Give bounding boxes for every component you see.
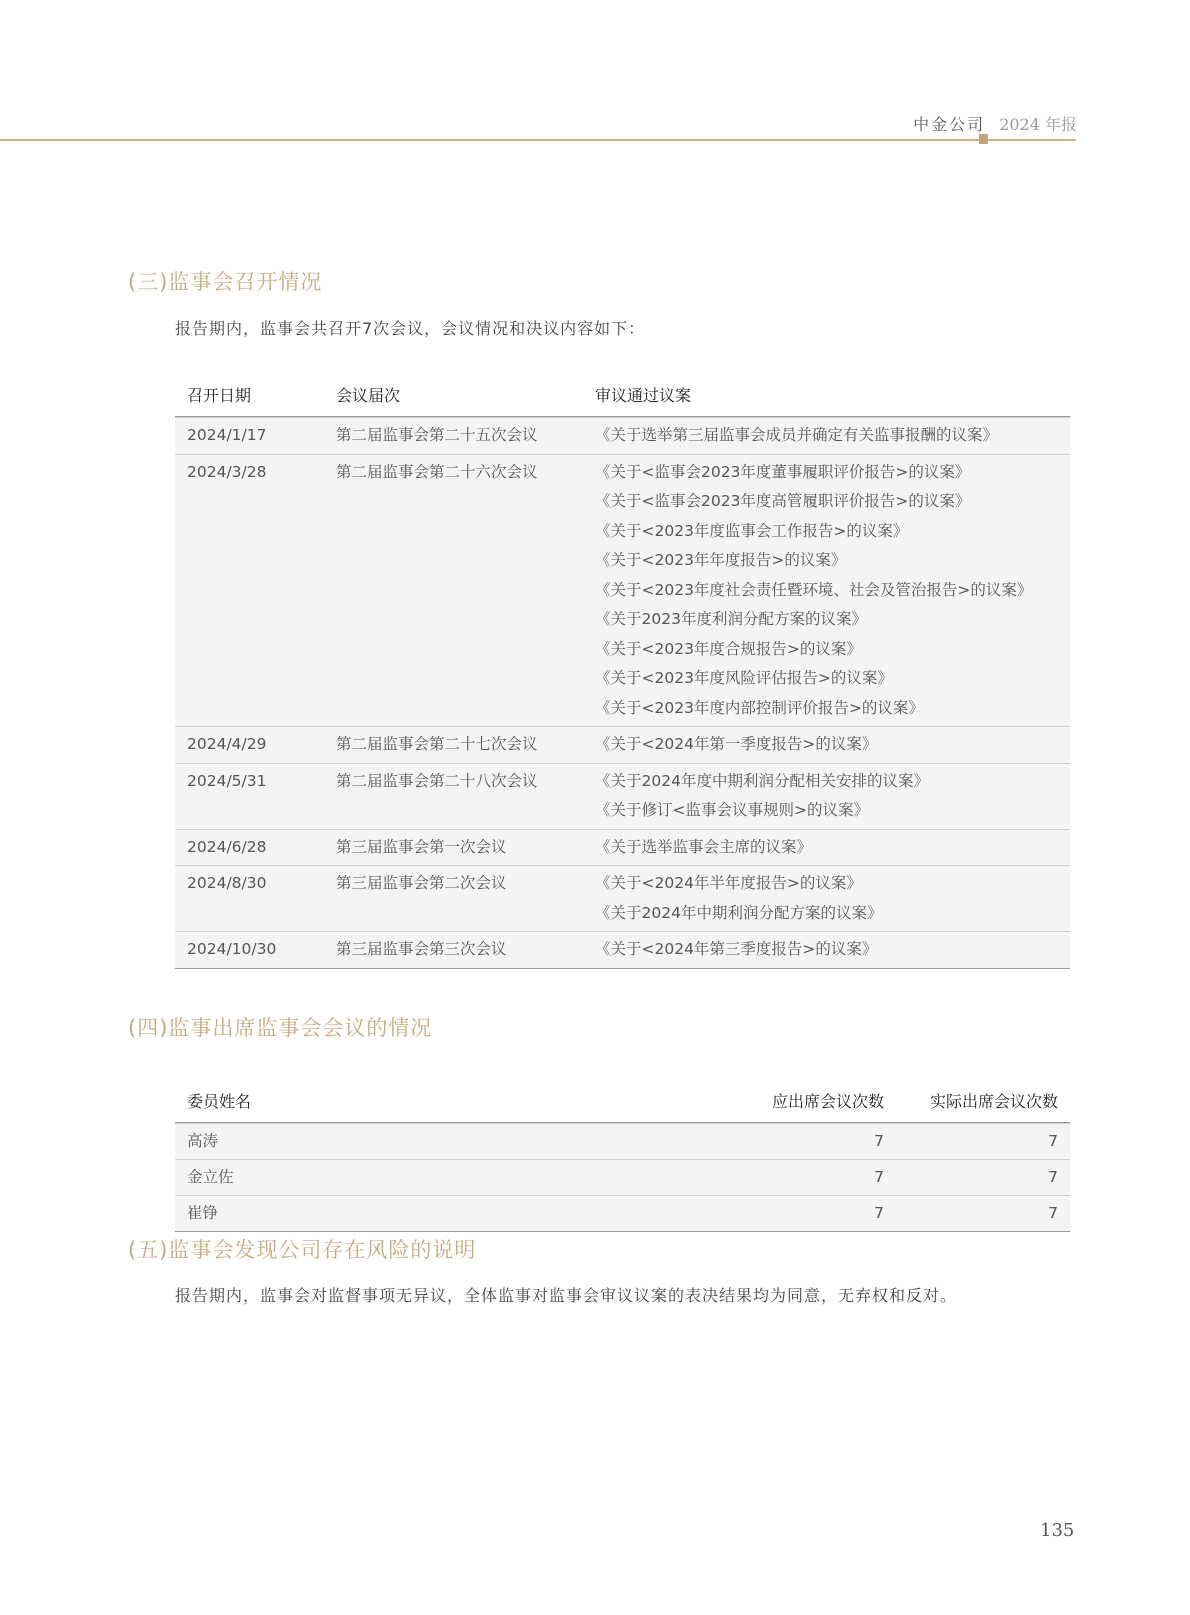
motion: 《关于修订<监事会议事规则>的议案》 bbox=[595, 796, 1058, 826]
section-3-title: (三)监事会召开情况 bbox=[128, 266, 322, 296]
meeting-session: 第三届监事会第一次会议 bbox=[324, 829, 583, 866]
meeting-date: 2024/5/31 bbox=[175, 763, 324, 829]
running-header: 中金公司2024 年报 bbox=[913, 112, 1077, 135]
section-4-title: (四)监事出席监事会会议的情况 bbox=[128, 1012, 432, 1042]
actual-count: 7 bbox=[896, 1159, 1070, 1195]
table-row: 高涛 7 7 bbox=[175, 1123, 1070, 1159]
actual-count: 7 bbox=[896, 1195, 1070, 1232]
report-year: 2024 年报 bbox=[999, 115, 1077, 134]
motion: 《关于<2023年年度报告>的议案》 bbox=[595, 546, 1058, 576]
table-row: 崔铮 7 7 bbox=[175, 1195, 1070, 1232]
table-row: 2024/10/30 第三届监事会第三次会议 《关于<2024年第三季度报告>的… bbox=[175, 931, 1070, 969]
table-row: 2024/8/30 第三届监事会第二次会议 《关于<2024年半年度报告>的议案… bbox=[175, 865, 1070, 931]
meetings-header-row: 召开日期 会议届次 审议通过议案 bbox=[175, 372, 1070, 417]
actual-count: 7 bbox=[896, 1123, 1070, 1159]
col-motions: 审议通过议案 bbox=[583, 372, 1070, 417]
meeting-session: 第二届监事会第二十七次会议 bbox=[324, 726, 583, 763]
motion: 《关于<2023年度合规报告>的议案》 bbox=[595, 635, 1058, 665]
meeting-session: 第二届监事会第二十八次会议 bbox=[324, 763, 583, 829]
motion: 《关于<2024年第一季度报告>的议案》 bbox=[595, 730, 1058, 760]
meeting-motions: 《关于<2024年第三季度报告>的议案》 bbox=[583, 931, 1070, 969]
motion: 《关于2024年中期利润分配方案的议案》 bbox=[595, 899, 1058, 929]
col-session: 会议届次 bbox=[324, 372, 583, 417]
meeting-date: 2024/10/30 bbox=[175, 931, 324, 969]
col-name: 委员姓名 bbox=[175, 1078, 722, 1123]
section-3-intro: 报告期内，监事会共召开7次会议，会议情况和决议内容如下： bbox=[175, 316, 645, 339]
meeting-motions: 《关于2024年度中期利润分配相关安排的议案》 《关于修订<监事会议事规则>的议… bbox=[583, 763, 1070, 829]
table-row: 2024/1/17 第二届监事会第二十五次会议 《关于选举第三届监事会成员并确定… bbox=[175, 417, 1070, 454]
section-5-text: 报告期内，监事会对监督事项无异议，全体监事对监事会审议议案的表决结果均为同意，无… bbox=[175, 1283, 957, 1306]
meetings-table: 召开日期 会议届次 审议通过议案 2024/1/17 第二届监事会第二十五次会议… bbox=[175, 372, 1070, 969]
meeting-motions: 《关于选举第三届监事会成员并确定有关监事报酬的议案》 bbox=[583, 417, 1070, 454]
col-date: 召开日期 bbox=[175, 372, 324, 417]
motion: 《关于2024年度中期利润分配相关安排的议案》 bbox=[595, 767, 1058, 797]
meeting-date: 2024/1/17 bbox=[175, 417, 324, 454]
member-name: 崔铮 bbox=[175, 1195, 722, 1232]
meeting-session: 第二届监事会第二十五次会议 bbox=[324, 417, 583, 454]
meeting-session: 第三届监事会第三次会议 bbox=[324, 931, 583, 969]
table-row: 2024/4/29 第二届监事会第二十七次会议 《关于<2024年第一季度报告>… bbox=[175, 726, 1070, 763]
motion: 《关于<2024年第三季度报告>的议案》 bbox=[595, 935, 1058, 965]
col-required: 应出席会议次数 bbox=[722, 1078, 896, 1123]
required-count: 7 bbox=[722, 1159, 896, 1195]
motion: 《关于<监事会2023年度高管履职评价报告>的议案》 bbox=[595, 487, 1058, 517]
company-name: 中金公司 bbox=[913, 115, 985, 134]
meeting-date: 2024/3/28 bbox=[175, 454, 324, 727]
table-row: 2024/6/28 第三届监事会第一次会议 《关于选举监事会主席的议案》 bbox=[175, 829, 1070, 866]
required-count: 7 bbox=[722, 1195, 896, 1232]
motion: 《关于<2023年度风险评估报告>的议案》 bbox=[595, 664, 1058, 694]
motion: 《关于选举监事会主席的议案》 bbox=[595, 833, 1058, 863]
member-name: 高涛 bbox=[175, 1123, 722, 1159]
meeting-motions: 《关于<监事会2023年度董事履职评价报告>的议案》 《关于<监事会2023年度… bbox=[583, 454, 1070, 727]
table-row: 金立佐 7 7 bbox=[175, 1159, 1070, 1195]
motion: 《关于<2023年度内部控制评价报告>的议案》 bbox=[595, 694, 1058, 724]
section-5-title: (五)监事会发现公司存在风险的说明 bbox=[128, 1234, 476, 1264]
meeting-date: 2024/4/29 bbox=[175, 726, 324, 763]
motion: 《关于<2024年半年度报告>的议案》 bbox=[595, 869, 1058, 899]
meeting-date: 2024/6/28 bbox=[175, 829, 324, 866]
motion: 《关于<2023年度社会责任暨环境、社会及管治报告>的议案》 bbox=[595, 576, 1045, 606]
header-rule bbox=[0, 139, 1076, 141]
motion: 《关于选举第三届监事会成员并确定有关监事报酬的议案》 bbox=[595, 421, 1058, 451]
meeting-motions: 《关于<2024年第一季度报告>的议案》 bbox=[583, 726, 1070, 763]
meeting-motions: 《关于选举监事会主席的议案》 bbox=[583, 829, 1070, 866]
col-actual: 实际出席会议次数 bbox=[896, 1078, 1070, 1123]
required-count: 7 bbox=[722, 1123, 896, 1159]
motion: 《关于<2023年度监事会工作报告>的议案》 bbox=[595, 517, 1058, 547]
meeting-session: 第二届监事会第二十六次会议 bbox=[324, 454, 583, 727]
table-row: 2024/3/28 第二届监事会第二十六次会议 《关于<监事会2023年度董事履… bbox=[175, 454, 1070, 727]
attendance-header-row: 委员姓名 应出席会议次数 实际出席会议次数 bbox=[175, 1078, 1070, 1123]
meeting-session: 第三届监事会第二次会议 bbox=[324, 865, 583, 931]
meeting-date: 2024/8/30 bbox=[175, 865, 324, 931]
page-number: 135 bbox=[1040, 1520, 1074, 1541]
table-row: 2024/5/31 第二届监事会第二十八次会议 《关于2024年度中期利润分配相… bbox=[175, 763, 1070, 829]
member-name: 金立佐 bbox=[175, 1159, 722, 1195]
meeting-motions: 《关于<2024年半年度报告>的议案》 《关于2024年中期利润分配方案的议案》 bbox=[583, 865, 1070, 931]
header-marker bbox=[979, 134, 988, 144]
attendance-table: 委员姓名 应出席会议次数 实际出席会议次数 高涛 7 7 金立佐 7 7 崔铮 … bbox=[175, 1078, 1070, 1232]
motion: 《关于2023年度利润分配方案的议案》 bbox=[595, 605, 1058, 635]
motion: 《关于<监事会2023年度董事履职评价报告>的议案》 bbox=[595, 458, 1058, 488]
